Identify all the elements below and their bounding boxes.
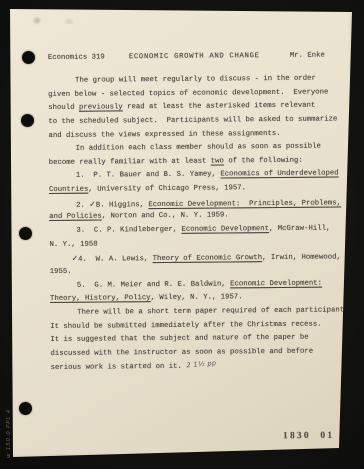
hole-punch xyxy=(19,227,32,240)
course-number: Economics 319 xyxy=(48,54,105,62)
text-line: 3. C. P. Kindleberger, Economic Developm… xyxy=(49,222,349,238)
handwritten-note: 2 1½ pp xyxy=(186,357,217,373)
hole-punch xyxy=(21,114,34,127)
margin-annotation: w 150.0 PPL 4 xyxy=(6,396,12,458)
document-title: ECONOMIC GROWTH AND CHANGE xyxy=(129,52,260,61)
instructor-name: Mr. Enke xyxy=(290,52,325,60)
document-body: The group will meet regularly to discuss… xyxy=(48,72,351,375)
text-line: ✓4. W. A. Lewis, Theory of Economic Grow… xyxy=(50,250,350,266)
text-line: In addition each class member should as … xyxy=(49,141,349,157)
hole-punch xyxy=(19,402,32,415)
text-line: serious work is started on it. 2 1½ pp xyxy=(50,359,350,375)
text-line: 1. P. T. Bauer and B. S. Yamey, Economic… xyxy=(49,168,349,184)
text-line: to the scheduled subject. Participants w… xyxy=(48,113,348,129)
typewritten-content: Economics 319 ECONOMIC GROWTH AND CHANGE… xyxy=(0,0,364,469)
scanned-photo-background: Economics 319 ECONOMIC GROWTH AND CHANGE… xyxy=(0,0,364,469)
hole-punch xyxy=(22,51,35,64)
catalog-stamp: 1830 01 xyxy=(283,431,334,442)
